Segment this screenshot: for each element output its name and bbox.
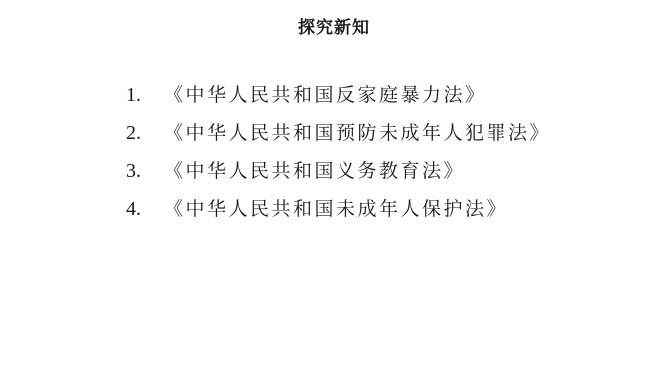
list-item-number: 2.	[126, 120, 164, 147]
list-item: 2. 《中华人民共和国预防未成年人犯罪法》	[126, 120, 551, 147]
list-item-law-name: 《中华人民共和国义务教育法》	[164, 158, 465, 185]
list-item-law-name: 《中华人民共和国预防未成年人犯罪法》	[164, 120, 551, 147]
list-item: 3. 《中华人民共和国义务教育法》	[126, 158, 551, 185]
list-item-law-name: 《中华人民共和国未成年人保护法》	[164, 196, 508, 223]
list-item: 1. 《中华人民共和国反家庭暴力法》	[126, 82, 551, 109]
list-item-number: 1.	[126, 82, 164, 109]
list-item-number: 3.	[126, 158, 164, 185]
page-title: 探究新知	[0, 16, 668, 40]
list-item-law-name: 《中华人民共和国反家庭暴力法》	[164, 82, 487, 109]
list-item: 4. 《中华人民共和国未成年人保护法》	[126, 196, 551, 223]
list-item-number: 4.	[126, 196, 164, 223]
law-list: 1. 《中华人民共和国反家庭暴力法》 2. 《中华人民共和国预防未成年人犯罪法》…	[126, 82, 551, 234]
